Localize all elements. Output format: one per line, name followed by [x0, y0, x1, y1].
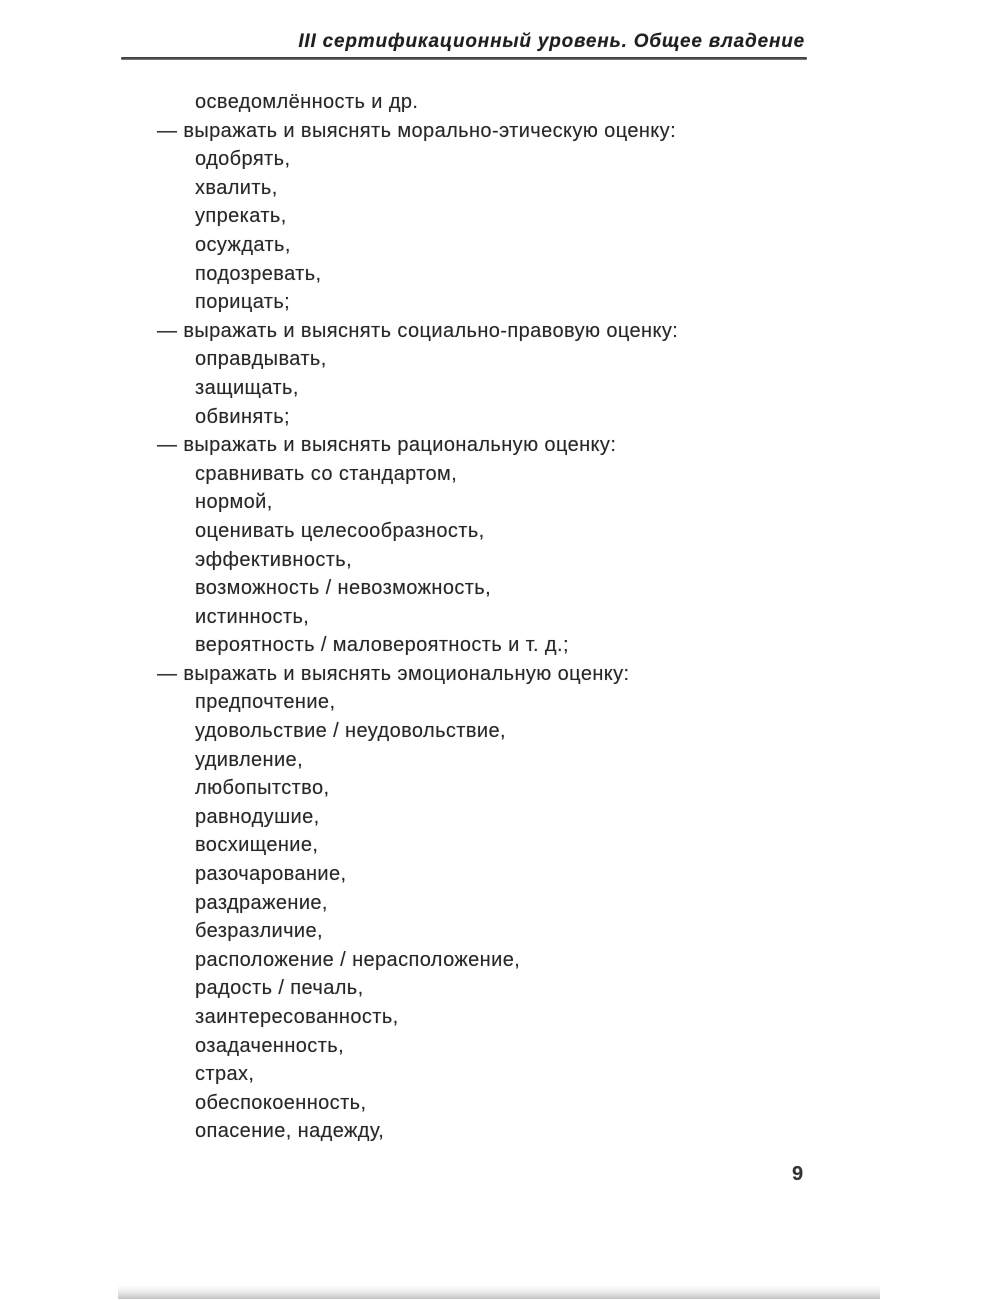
text-line: вероятность / маловероятность и т. д.; [157, 631, 877, 660]
text-line: осуждать, [157, 231, 877, 260]
text-line: оправдывать, [157, 345, 877, 374]
running-header: III сертификационный уровень. Общее влад… [298, 31, 805, 53]
text-line: озадаченность, [157, 1032, 877, 1061]
text-line: равнодушие, [157, 803, 877, 832]
text-line: хвалить, [157, 174, 877, 203]
text-line: — выражать и выяснять рациональную оценк… [157, 431, 877, 460]
text-line: обеспокоенность, [157, 1089, 877, 1118]
text-line: страх, [157, 1060, 877, 1089]
text-line: осведомлённость и др. [157, 88, 877, 117]
text-line: любопытство, [157, 774, 877, 803]
text-line: восхищение, [157, 831, 877, 860]
header-rule [121, 57, 807, 60]
text-line: удовольствие / неудовольствие, [157, 717, 877, 746]
text-line: истинность, [157, 603, 877, 632]
text-line: радость / печаль, [157, 974, 877, 1003]
text-line: безразличие, [157, 917, 877, 946]
text-line: порицать; [157, 288, 877, 317]
text-line: опасение, надежду, [157, 1117, 877, 1146]
page-number: 9 [792, 1163, 803, 1186]
text-line: — выражать и выяснять эмоциональную оцен… [157, 660, 877, 689]
text-line: нормой, [157, 488, 877, 517]
text-line: — выражать и выяснять морально-этическую… [157, 117, 877, 146]
text-line: предпочтение, [157, 688, 877, 717]
text-line: упрекать, [157, 202, 877, 231]
text-lines: осведомлённость и др.— выражать и выясня… [157, 88, 877, 1146]
text-line: разочарование, [157, 860, 877, 889]
text-line: расположение / нерасположение, [157, 946, 877, 975]
text-line: подозревать, [157, 260, 877, 289]
scan-edge-shadow [118, 1285, 880, 1299]
text-line: заинтересованность, [157, 1003, 877, 1032]
text-line: раздражение, [157, 889, 877, 918]
text-line: сравнивать со стандартом, [157, 460, 877, 489]
text-line: возможность / невозможность, [157, 574, 877, 603]
text-line: удивление, [157, 746, 877, 775]
text-line: защищать, [157, 374, 877, 403]
scanned-book-page: III сертификационный уровень. Общее влад… [0, 0, 1000, 1300]
text-line: — выражать и выяснять социально-правовую… [157, 317, 877, 346]
text-line: одобрять, [157, 145, 877, 174]
text-line: эффективность, [157, 546, 877, 575]
text-line: оценивать целесообразность, [157, 517, 877, 546]
text-line: обвинять; [157, 403, 877, 432]
